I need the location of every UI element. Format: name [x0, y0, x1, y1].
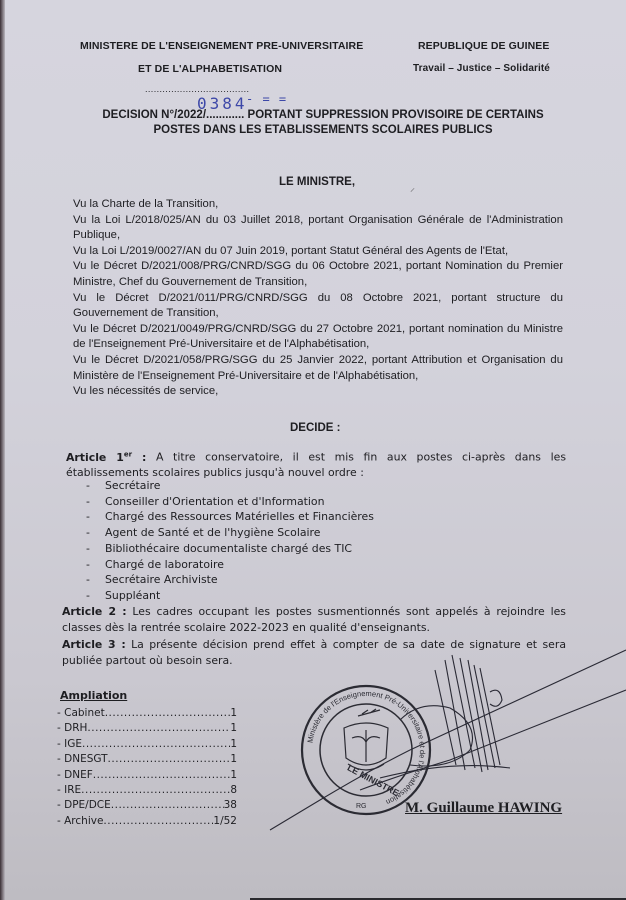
ampliation-row: - IRE8 [57, 783, 237, 798]
ampliation-list: - Cabinet1 - DRH1 - IGE1 - DNESGT1 - DNE… [57, 706, 237, 829]
article-1-label: Article 1er : [66, 451, 146, 464]
list-item: -Suppléant [66, 588, 546, 604]
decision-stamp-suffix: - = = [246, 92, 287, 106]
ampliation-row: - DNEF1 [57, 768, 237, 783]
decision-title-line1: DECISION N°/2022/............ PORTANT SU… [10, 109, 626, 121]
ampliation-row: - DRH1 [57, 721, 237, 736]
ampliation-row: - IGE1 [57, 737, 237, 752]
list-item: -Secrétaire Archiviste [66, 572, 546, 588]
list-item: -Conseiller d'Orientation et d'Informati… [66, 494, 546, 510]
visa-item: Vu la Charte de la Transition, [73, 197, 563, 213]
visa-item: Vu le Décret D/2021/008/PRG/CNRD/SGG du … [73, 259, 563, 290]
article-2-label: Article 2 : [62, 605, 127, 618]
visa-item: Vu le Décret D/2021/058/PRG/SGG du 25 Ja… [73, 353, 563, 384]
authority-heading: LE MINISTRE, [279, 176, 355, 188]
pen-mark: ⸝ [410, 180, 415, 194]
visa-item: Vu le Décret D/2021/011/PRG/CNRD/SGG du … [73, 291, 563, 322]
visa-list: Vu la Charte de la Transition, Vu la Loi… [73, 197, 563, 400]
reference-dotted-line: .................................... [145, 84, 249, 94]
ministry-name-line1: MINISTERE DE L'ENSEIGNEMENT PRE-UNIVERSI… [80, 40, 363, 52]
decide-heading: DECIDE : [290, 422, 340, 434]
list-item: -Agent de Santé et de l'hygiène Scolaire [66, 525, 546, 541]
visa-item: Vu la Loi L/2019/0027/AN du 07 Juin 2019… [73, 244, 563, 260]
ampliation-row: - Cabinet1 [57, 706, 237, 721]
decision-title-line2: POSTES DANS LES ETABLISSEMENTS SCOLAIRES… [10, 124, 626, 136]
article-2: Article 2 : Les cadres occupant les post… [62, 604, 566, 635]
list-item: -Chargé des Ressources Matérielles et Fi… [66, 509, 546, 525]
ampliation-row: - DPE/DCE38 [57, 798, 237, 813]
article-2-text: Les cadres occupant les postes susmentio… [62, 605, 566, 634]
visa-item: Vu le Décret D/2021/0049/PRG/CNRD/SGG du… [73, 322, 563, 353]
list-item: -Bibliothécaire documentaliste chargé de… [66, 541, 546, 557]
visa-item: Vu les nécessités de service, [73, 384, 563, 400]
signer-name: M. Guillaume HAWING [405, 800, 562, 817]
ministry-name-line2: ET DE L'ALPHABETISATION [138, 63, 282, 75]
ampliation-title: Ampliation [60, 689, 127, 702]
visa-item: Vu la Loi L/2018/025/AN du 03 Juillet 20… [73, 213, 563, 244]
article-3-label: Article 3 : [62, 638, 126, 651]
ampliation-row: - DNESGT1 [57, 752, 237, 767]
list-item: -Chargé de laboratoire [66, 557, 546, 573]
suppressed-positions-list: -Secrétaire -Conseiller d'Orientation et… [66, 478, 546, 604]
list-item: -Secrétaire [66, 478, 546, 494]
article-1: Article 1er : A titre conservatoire, il … [66, 447, 566, 481]
republic-motto: Travail – Justice – Solidarité [413, 63, 550, 74]
ampliation-row: - Archive1/52 [57, 814, 237, 829]
page-edge-shadow [0, 0, 5, 900]
republic-name: REPUBLIQUE DE GUINEE [418, 40, 550, 52]
